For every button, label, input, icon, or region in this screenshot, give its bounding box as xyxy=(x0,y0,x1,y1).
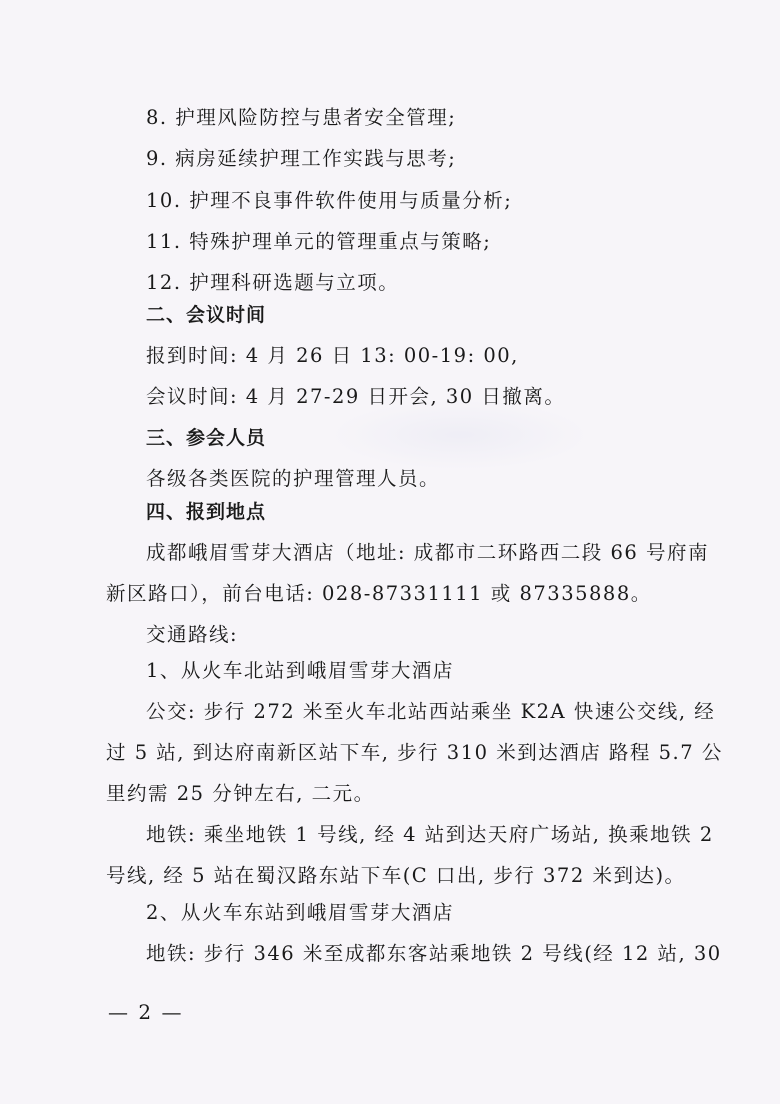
body-text-line: 报到时间: 4 月 26 日 13: 00-19: 00, xyxy=(146,344,519,368)
body-text-line: 2、从火车东站到峨眉雪芽大酒店 xyxy=(146,901,454,925)
topic-list-item: 9. 病房延续护理工作实践与思考; xyxy=(146,147,456,171)
section-heading: 四、报到地点 xyxy=(146,500,266,524)
body-text-line: 里约需 25 分钟左右, 二元。 xyxy=(106,782,375,806)
document-page: 8. 护理风险防控与患者安全管理;9. 病房延续护理工作实践与思考;10. 护理… xyxy=(0,0,780,1104)
topic-list-item: 10. 护理不良事件软件使用与质量分析; xyxy=(146,189,512,213)
topic-list-item: 8. 护理风险防控与患者安全管理; xyxy=(146,106,456,130)
section-heading: 二、会议时间 xyxy=(146,303,266,327)
body-text-line: 交通路线: xyxy=(146,623,238,647)
body-text-line: 地铁: 步行 346 米至成都东客站乘地铁 2 号线(经 12 站, 30 xyxy=(146,942,722,966)
body-text-line: 各级各类医院的护理管理人员。 xyxy=(146,467,440,491)
body-text-line: 地铁: 乘坐地铁 1 号线, 经 4 站到达天府广场站, 换乘地铁 2 xyxy=(146,823,714,847)
body-text-line: 新区路口），前台电话: 028-87331111 或 87335888。 xyxy=(106,582,652,606)
page-number: — 2 — xyxy=(108,1000,183,1024)
body-text-line: 会议时间: 4 月 27-29 日开会, 30 日撤离。 xyxy=(146,385,565,409)
topic-list-item: 11. 特殊护理单元的管理重点与策略; xyxy=(146,230,491,254)
body-text-line: 号线, 经 5 站在蜀汉路东站下车(C 口出, 步行 372 米到达)。 xyxy=(106,864,686,888)
body-text-line: 1、从火车北站到峨眉雪芽大酒店 xyxy=(146,659,454,683)
body-text-line: 公交: 步行 272 米至火车北站西站乘坐 K2A 快速公交线, 经 xyxy=(146,700,715,724)
section-heading: 三、参会人员 xyxy=(146,426,266,450)
body-text-line: 成都峨眉雪芽大酒店（地址: 成都市二环路西二段 66 号府南 xyxy=(146,541,709,565)
body-text-line: 过 5 站, 到达府南新区站下车, 步行 310 米到达酒店 路程 5.7 公 xyxy=(106,741,723,765)
topic-list-item: 12. 护理科研选题与立项。 xyxy=(146,271,399,295)
faded-stamp-mark xyxy=(330,400,590,470)
